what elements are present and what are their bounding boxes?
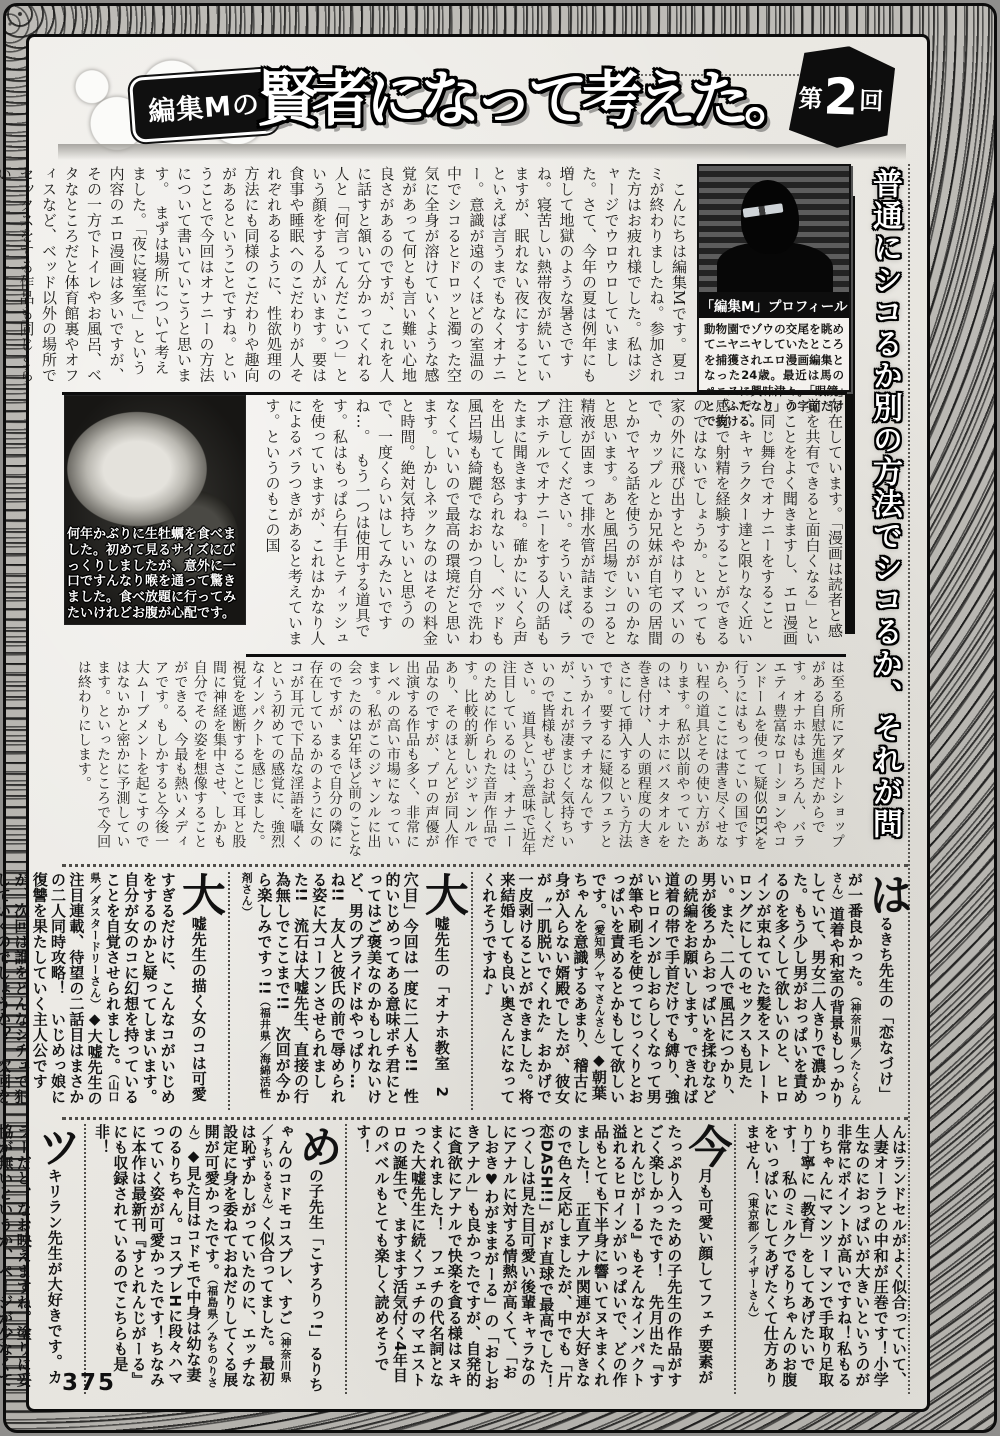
letter-group-fetish-maestro: 今月も可愛い顔してフェチ要素がたっぷり入っための子先生の作品がすごく楽しかったで… [354, 1124, 736, 1394]
letter-body: 道着や和室の背景もしっかりしていて、男女二人きりで濃かった。もう少し男がおっぱい… [590, 872, 846, 1108]
reader-letters-row-2: んはランドセルがよく似合っていて、人妻オーラとの中和が圧巻です！小学生なのにおっ… [62, 1124, 908, 1394]
episode-suffix: 回 [859, 80, 884, 116]
letter-body: んはランドセルがよく似合っていて、人妻オーラとの中和が圧巻です！小学生なのにおっ… [744, 1124, 908, 1388]
silhouette-head [741, 180, 799, 254]
letter-body: 月も可愛い顔してフェチ要素がたっぷり入っための子先生の作品がすごく楽しかったです… [354, 1124, 714, 1405]
letter-group-onaho-kyoushitsu: 大嘘先生の「オナホ教室 2穴目」今回は一度に二人も!! 性的いじめってある意味ポ… [237, 872, 473, 1110]
section-divider-2 [246, 654, 846, 657]
letter-group-oouso: 大嘘先生の描く女のコは可愛すぎるだけに、こんなコがいじめをするのかと疑ってしまい… [0, 872, 230, 1110]
reader-letters-row-1: はるきち先生の「恋なづけ」が一番良かった。（神奈川県／たくらんさん）道着や和室の… [62, 872, 908, 1110]
series-badge: 編集Mの [132, 71, 276, 140]
letter-lead: は [861, 872, 912, 916]
oyster-photo: 何年かぶりに生牡蠣を食べました。初めて見るサイズにびっくりしましたが、意外に一口… [64, 395, 246, 625]
episode-prefix: 第 [798, 78, 823, 114]
letter-group-kosurori: めの子先生「こすろりっ!」るりちゃんのコドモコスプレ、すご（神奈川県／すちいるさ… [93, 1124, 347, 1394]
editor-reply: ◆朝葉ちゃんを意識するあまり、稽古に身が入らない婿殿でしたが、彼女が〝一肌脱いで… [480, 872, 608, 1105]
letter-group-tsukiriran: ツキリラン先生が大好きです。カラーだと、なお映えますね。塗りに妥協が無いというか… [0, 1124, 86, 1394]
page-number: 375 [62, 1370, 116, 1396]
essay-paragraph-3: は至る所にアダルトショップがある自慰先進国だからです。オナホはもちろん、バラエテ… [62, 660, 846, 860]
letters-divider-middle [62, 1117, 908, 1120]
letter-lead: 大 [174, 872, 225, 916]
banner-shadow [58, 144, 906, 160]
magazine-page: 編集Mの 賢者になって考えた。 第2回 普通にシコるか別の方法でシコるか、それが… [0, 0, 1000, 1436]
essay-paragraph-2: 存在しています。「漫画は読者と感覚を共有できると面白くなる」ということをよく聞き… [246, 398, 846, 650]
episode-number: 2 [823, 71, 860, 122]
editor-photo [699, 166, 849, 292]
letter-attribution: （愛知県／ヤマさんさん） [593, 919, 606, 1052]
letter-lead: め [291, 1124, 342, 1168]
letter-lead: 今 [680, 1124, 731, 1168]
editor-profile-box: 「編集M」プロフィール 動物園でゾウの交尾を眺めてニヤニヤしていたところを捕獲さ… [697, 164, 851, 392]
editor-reply: ◆見た目はコドモで中身は幼な妻のるりちゃん。コスプレHに段々ハマっていく姿が可愛… [93, 1124, 202, 1388]
letter-lead: 大 [417, 872, 468, 916]
letters-divider-top [62, 864, 908, 867]
letter-attribution: （東京都／ライザーさん） [747, 1186, 760, 1324]
letter-lead: ツ [30, 1124, 81, 1168]
letter-group-harukichi: はるきち先生の「恋なづけ」が一番良かった。（神奈川県／たくらんさん）道着や和室の… [480, 872, 908, 1110]
letter-group-menoko-continued: んはランドセルがよく似合っていて、人妻オーラとの中和が圧巻です！小学生なのにおっ… [743, 1124, 908, 1394]
oyster-caption: 何年かぶりに生牡蠣を食べました。初めて見るサイズにびっくりしましたが、意外に一口… [67, 527, 243, 622]
profile-title: 「編集M」プロフィール [699, 292, 849, 318]
essay-paragraph-1: こんにちは編集Mです。夏コミが終わりましたね。参加された方はお疲れ様でした。私は… [62, 166, 690, 390]
page-title: 賢者になって考えた。 [258, 52, 798, 138]
headline-vertical: 普通にシコるか別の方法でシコるか、それが問題だ [853, 168, 911, 868]
